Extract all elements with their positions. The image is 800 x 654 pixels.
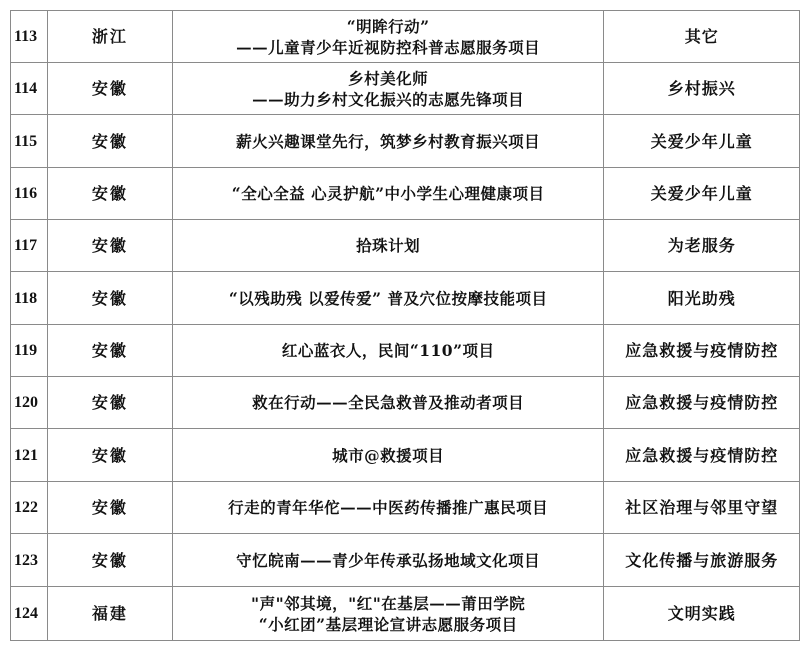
project-name-line: “明眸行动” [173,16,604,37]
province-cell: 安徽 [47,429,172,482]
project-name-line: ——儿童青少年近视防控科普志愿服务项目 [173,37,604,58]
category-cell: 社区治理与邻里守望 [604,482,800,534]
category-cell: 应急救援与疫情防控 [604,429,800,482]
province-cell: 安徽 [47,272,172,325]
project-name-line: 拾珠计划 [173,235,604,256]
province-cell: 安徽 [47,482,172,534]
row-number-cell: 121 [11,429,48,482]
project-name-line: ——助力乡村文化振兴的志愿先锋项目 [173,89,604,110]
project-name-cell: 城市@救援项目 [172,429,604,482]
volunteer-project-table: 113浙江“明眸行动”——儿童青少年近视防控科普志愿服务项目其它114安徽乡村美… [10,10,800,641]
project-name-cell: 薪火兴趣课堂先行，筑梦乡村教育振兴项目 [172,115,604,168]
table-body: 113浙江“明眸行动”——儿童青少年近视防控科普志愿服务项目其它114安徽乡村美… [11,11,800,641]
category-cell: 关爱少年儿童 [604,168,800,220]
category-cell: 关爱少年儿童 [604,115,800,168]
table-row: 118安徽“以残助残 以爱传爱” 普及穴位按摩技能项目阳光助残 [11,272,800,325]
project-name-cell: “以残助残 以爱传爱” 普及穴位按摩技能项目 [172,272,604,325]
project-name-line: “以残助残 以爱传爱” 普及穴位按摩技能项目 [173,288,604,309]
province-cell: 安徽 [47,63,172,115]
project-name-line: “全心全益 心灵护航”中小学生心理健康项目 [173,183,604,204]
table-row: 117安徽拾珠计划为老服务 [11,220,800,272]
project-name-cell: 救在行动——全民急救普及推动者项目 [172,377,604,429]
project-name-cell: 行走的青年华佗——中医药传播推广惠民项目 [172,482,604,534]
project-name-line: 红心蓝衣人，民间“110”项目 [173,340,604,361]
project-name-cell: 红心蓝衣人，民间“110”项目 [172,325,604,377]
project-name-line: 城市@救援项目 [173,445,604,466]
row-number-cell: 117 [11,220,48,272]
category-cell: 文明实践 [604,587,800,641]
table-row: 120安徽救在行动——全民急救普及推动者项目应急救援与疫情防控 [11,377,800,429]
province-cell: 浙江 [47,11,172,63]
project-name-line: 救在行动——全民急救普及推动者项目 [173,392,604,413]
table-row: 121安徽城市@救援项目应急救援与疫情防控 [11,429,800,482]
category-cell: 文化传播与旅游服务 [604,534,800,587]
project-name-line: “小红团”基层理论宣讲志愿服务项目 [173,614,604,635]
category-cell: 为老服务 [604,220,800,272]
row-number-cell: 116 [11,168,48,220]
province-cell: 福建 [47,587,172,641]
category-cell: 阳光助残 [604,272,800,325]
row-number-cell: 118 [11,272,48,325]
table-row: 114安徽乡村美化师——助力乡村文化振兴的志愿先锋项目乡村振兴 [11,63,800,115]
row-number-cell: 122 [11,482,48,534]
category-cell: 乡村振兴 [604,63,800,115]
table-row: 113浙江“明眸行动”——儿童青少年近视防控科普志愿服务项目其它 [11,11,800,63]
province-cell: 安徽 [47,220,172,272]
project-name-line: "声"邻其境，"红"在基层——莆田学院 [173,593,604,614]
project-name-cell: 拾珠计划 [172,220,604,272]
category-cell: 应急救援与疫情防控 [604,377,800,429]
row-number-cell: 115 [11,115,48,168]
row-number-cell: 120 [11,377,48,429]
province-cell: 安徽 [47,115,172,168]
row-number-cell: 114 [11,63,48,115]
project-name-cell: "声"邻其境，"红"在基层——莆田学院“小红团”基层理论宣讲志愿服务项目 [172,587,604,641]
row-number-cell: 113 [11,11,48,63]
category-cell: 其它 [604,11,800,63]
project-name-line: 行走的青年华佗——中医药传播推广惠民项目 [173,497,604,518]
province-cell: 安徽 [47,325,172,377]
project-name-cell: “明眸行动”——儿童青少年近视防控科普志愿服务项目 [172,11,604,63]
province-cell: 安徽 [47,534,172,587]
table-row: 119安徽红心蓝衣人，民间“110”项目应急救援与疫情防控 [11,325,800,377]
project-name-line: 乡村美化师 [173,68,604,89]
project-name-cell: “全心全益 心灵护航”中小学生心理健康项目 [172,168,604,220]
row-number-cell: 123 [11,534,48,587]
table-row: 124福建"声"邻其境，"红"在基层——莆田学院“小红团”基层理论宣讲志愿服务项… [11,587,800,641]
project-name-line: 守忆皖南——青少年传承弘扬地域文化项目 [173,550,604,571]
province-cell: 安徽 [47,168,172,220]
table-row: 123安徽守忆皖南——青少年传承弘扬地域文化项目文化传播与旅游服务 [11,534,800,587]
province-cell: 安徽 [47,377,172,429]
row-number-cell: 124 [11,587,48,641]
table-row: 116安徽“全心全益 心灵护航”中小学生心理健康项目关爱少年儿童 [11,168,800,220]
project-name-cell: 乡村美化师——助力乡村文化振兴的志愿先锋项目 [172,63,604,115]
table-row: 115安徽薪火兴趣课堂先行，筑梦乡村教育振兴项目关爱少年儿童 [11,115,800,168]
row-number-cell: 119 [11,325,48,377]
table-row: 122安徽行走的青年华佗——中医药传播推广惠民项目社区治理与邻里守望 [11,482,800,534]
category-cell: 应急救援与疫情防控 [604,325,800,377]
project-name-cell: 守忆皖南——青少年传承弘扬地域文化项目 [172,534,604,587]
project-name-line: 薪火兴趣课堂先行，筑梦乡村教育振兴项目 [173,131,604,152]
